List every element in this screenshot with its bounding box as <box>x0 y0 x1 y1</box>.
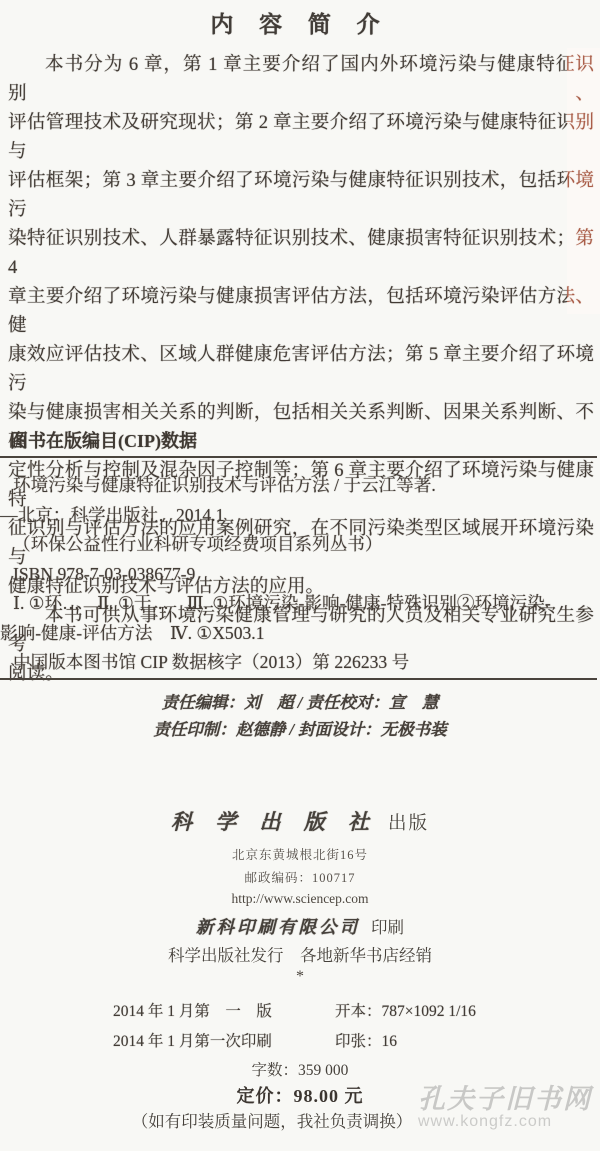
printing-sheets: 印张：16 <box>335 1027 493 1057</box>
intro-line-1: 本书分为 6 章，第 1 章主要介绍了国内外环境污染与健康特征识别、 <box>8 50 594 108</box>
cip-data-block: 环境污染与健康特征识别技术与评估方法 / 于云江等著. —北京：科学出版社，20… <box>0 471 596 678</box>
word-count: 字数：359 000 <box>0 1058 600 1080</box>
printer-role-label: 印刷 <box>371 918 404 937</box>
intro-line-6: 康效应评估技术、区域人群健康危害评估方法；第 5 章主要介绍了环境污 <box>8 340 594 398</box>
cip-isbn-line: ISBN 978-7-03-038677-9 <box>0 560 596 590</box>
publisher-postcode: 邮政编码：100717 <box>0 868 600 886</box>
cip-class-line-2: 影响-健康-评估方法 Ⅳ. ①X503.1 <box>0 619 596 649</box>
printing-date: 2014 年 1 月第一次印刷 <box>113 1027 335 1057</box>
edition-date: 2014 年 1 月第 一 版 <box>113 997 335 1027</box>
divider-rule-bottom <box>0 678 597 680</box>
page-title: 内 容 简 介 <box>0 6 600 39</box>
distribution-line: 科学出版社发行 各地新华书店经销 <box>0 942 600 966</box>
credits-block: 责任编辑：刘 超 / 责任校对：宣 慧 责任印制：赵德静 / 封面设计：无极书装 <box>0 689 600 743</box>
edition-row-1: 2014 年 1 月第 一 版 开本：787×1092 1/16 <box>113 997 493 1027</box>
credits-printing: 责任印制：赵德静 / 封面设计：无极书装 <box>0 716 600 743</box>
book-copyright-page: 内 容 简 介 本书分为 6 章，第 1 章主要介绍了国内外环境污染与健康特征识… <box>0 0 600 1151</box>
intro-line-2: 评估管理技术及研究现状；第 2 章主要介绍了环境污染与健康特征识别与 <box>8 108 594 166</box>
section-divider-star: * <box>0 968 600 986</box>
publisher-logo-text: 科 学 出 版 社 <box>171 810 378 834</box>
cip-record-line: 中国版本图书馆 CIP 数据核字（2013）第 226233 号 <box>0 648 596 678</box>
printer-line: 新科印刷有限公司 印刷 <box>0 914 600 939</box>
divider-rule-top <box>0 456 597 458</box>
intro-line-5: 章主要介绍了环境污染与健康损害评估方法，包括环境污染评估方法、健 <box>8 282 594 340</box>
publisher-url: http://www.sciencep.com <box>0 891 600 907</box>
cip-series-line: （环保公益性行业科研专项经费项目系列丛书） <box>0 530 596 560</box>
intro-line-4: 染特征识别技术、人群暴露特征识别技术、健康损害特征识别技术；第 4 <box>8 224 594 282</box>
edition-info-block: 2014 年 1 月第 一 版 开本：787×1092 1/16 2014 年 … <box>113 997 493 1057</box>
cip-heading: 图书在版编目(CIP)数据 <box>10 427 197 453</box>
cip-title-line: 环境污染与健康特征识别技术与评估方法 / 于云江等著. <box>0 471 596 501</box>
printer-name: 新科印刷有限公司 <box>196 917 360 937</box>
edition-format: 开本：787×1092 1/16 <box>335 997 493 1027</box>
publisher-role-label: 出版 <box>388 814 429 834</box>
intro-line-3: 评估框架；第 3 章主要介绍了环境污染与健康特征识别技术，包括环境污 <box>8 166 594 224</box>
publisher-address: 北京东黄城根北街16号 <box>0 845 600 863</box>
price: 定价：98.00 元 <box>0 1082 600 1108</box>
cip-class-line-1: Ⅰ. ①环… Ⅱ. ①于… Ⅲ. ①环境污染-影响-健康-特殊识别②环境污染- <box>0 589 596 619</box>
cip-publisher-line: —北京：科学出版社，2014.1 <box>0 501 596 531</box>
edition-row-2: 2014 年 1 月第一次印刷 印张：16 <box>113 1027 493 1057</box>
quality-note: （如有印装质量问题，我社负责调换） <box>0 1108 572 1132</box>
publisher-name-line: 科 学 出 版 社 出版 <box>0 806 600 836</box>
credits-editors: 责任编辑：刘 超 / 责任校对：宣 慧 <box>0 689 600 716</box>
